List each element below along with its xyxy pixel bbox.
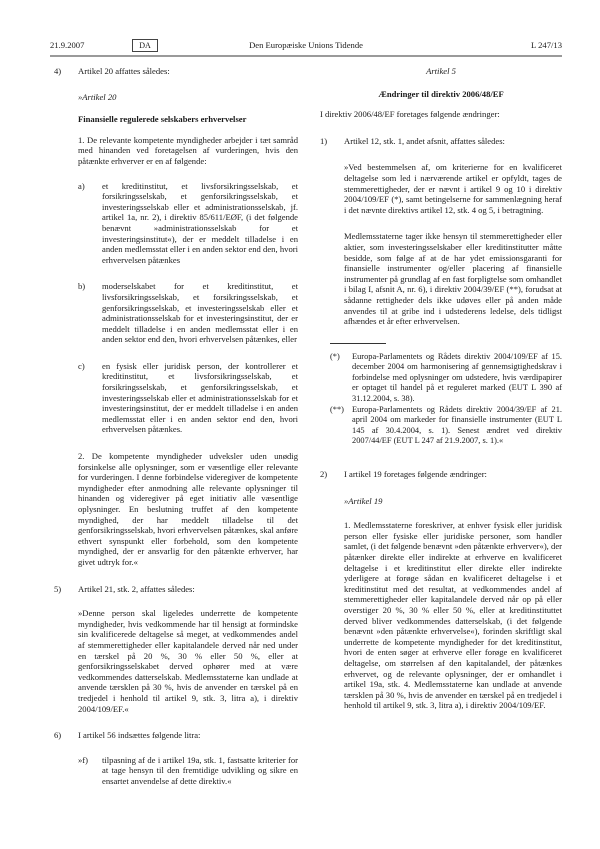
article-label: »Artikel 19	[344, 496, 562, 507]
article-heading: Ændringer til direktiv 2006/48/EF	[320, 89, 562, 100]
paragraph-1: 1. Medlemsstaterne foreskriver, at enhve…	[344, 520, 562, 711]
item-intro: Artikel 12, stk. 1, andet afsnit, affatt…	[344, 136, 562, 147]
article-heading: Finansielle regulerede selskabers erhver…	[78, 114, 298, 125]
item-number: 4)	[54, 66, 78, 77]
list-item-a: a) et kreditinstitut, et livsforsikrings…	[78, 181, 298, 266]
item-number: 1)	[320, 136, 344, 147]
list-label: a)	[78, 181, 102, 266]
paragraph-2: Medlemsstaterne tager ikke hensyn til st…	[344, 231, 562, 326]
amendment-item-1: 1) Artikel 12, stk. 1, andet afsnit, aff…	[320, 136, 562, 147]
item-intro: I artikel 56 indsættes følgende litra:	[78, 730, 298, 741]
list-text: tilpasning af de i artikel 19a, stk. 1, …	[102, 755, 298, 787]
item-number: 5)	[54, 584, 78, 595]
footnote-1: (*) Europa-Parlamentets og Rådets direkt…	[330, 352, 562, 405]
paragraph-1: 1. De relevante kompetente myndigheder a…	[78, 135, 298, 167]
right-column: Artikel 5 Ændringer til direktiv 2006/48…	[320, 64, 562, 711]
page-header: 21.9.2007 DA Den Europæiske Unions Tiden…	[50, 38, 562, 52]
list-item-c: c) en fysisk eller juridisk person, der …	[78, 361, 298, 435]
list-label: b)	[78, 281, 102, 345]
item-intro: I artikel 19 foretages følgende ændringe…	[344, 469, 562, 480]
article-label: Artikel 5	[320, 66, 562, 77]
article-intro: I direktiv 2006/48/EF foretages følgende…	[320, 109, 562, 120]
footnote-2: (**) Europa-Parlamentets og Rådets direk…	[330, 405, 562, 447]
article-label: »Artikel 20	[78, 92, 298, 103]
amendment-item-5: 5) Artikel 21, stk. 2, affattes således:	[54, 584, 298, 595]
list-item-b: b) moderselskabet for et kreditinstitut,…	[78, 281, 298, 345]
paragraph-2: 2. De kompetente myndigheder udveksler u…	[78, 451, 298, 568]
journal-title: Den Europæiske Unions Tidende	[50, 38, 562, 52]
list-text: et kreditinstitut, et livsforsikringssel…	[102, 181, 298, 266]
list-item-f: »f) tilpasning af de i artikel 19a, stk.…	[78, 755, 298, 787]
amendment-item-6: 6) I artikel 56 indsættes følgende litra…	[54, 730, 298, 741]
amendment-item-4: 4) Artikel 20 affattes således:	[54, 66, 298, 77]
header-rule	[50, 55, 562, 57]
left-column: 4) Artikel 20 affattes således: »Artikel…	[54, 64, 298, 786]
footnote-mark: (**)	[330, 405, 352, 447]
list-text: moderselskabet for et kreditinstitut, et…	[102, 281, 298, 345]
footnote-separator	[330, 343, 386, 344]
list-label: c)	[78, 361, 102, 435]
item-intro: Artikel 21, stk. 2, affattes således:	[78, 584, 298, 595]
footnote-mark: (*)	[330, 352, 352, 405]
footnote-text: Europa-Parlamentets og Rådets direktiv 2…	[352, 405, 562, 447]
amendment-item-2: 2) I artikel 19 foretages følgende ændri…	[320, 469, 562, 480]
footnote-text: Europa-Parlamentets og Rådets direktiv 2…	[352, 352, 562, 405]
item-intro: Artikel 20 affattes således:	[78, 66, 298, 77]
paragraph-1: »Ved bestemmelsen af, om kriterierne for…	[344, 162, 562, 215]
item-number: 2)	[320, 469, 344, 480]
page-reference: L 247/13	[531, 38, 562, 52]
amendment-text: »Denne person skal ligeledes underrette …	[78, 608, 298, 714]
list-label: »f)	[78, 755, 102, 787]
list-text: en fysisk eller juridisk person, der kon…	[102, 361, 298, 435]
item-number: 6)	[54, 730, 78, 741]
